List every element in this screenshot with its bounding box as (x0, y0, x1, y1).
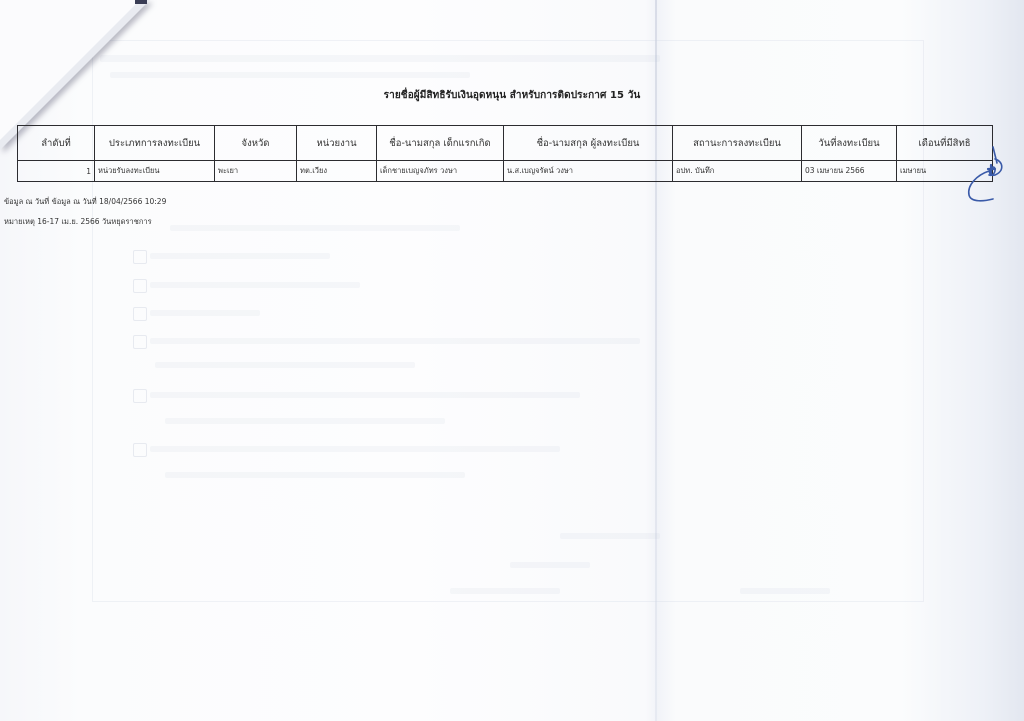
bleed-through-text (150, 446, 560, 452)
bleed-through-text (110, 72, 470, 78)
scan-edge-shadow (135, 0, 147, 4)
cell-order: 1 (18, 161, 95, 182)
bleed-through-text (165, 418, 445, 424)
cell-status: อปท. บันทึก (673, 161, 802, 182)
bleed-through-text (560, 533, 660, 539)
bleed-through-text (165, 472, 465, 478)
bleed-through-checkbox (133, 389, 147, 403)
cell-newborn-name: เด็กชายเบญจภัทร วงษา (377, 161, 504, 182)
holiday-remark-note: หมายเหตุ 16-17 เม.ย. 2566 วันหยุดราชการ (4, 216, 152, 228)
bleed-through-text (150, 310, 260, 316)
table-row: 1 หน่วยรับลงทะเบียน พะเยา ทต.เวียง เด็กช… (18, 161, 993, 182)
bleed-through-text (150, 253, 330, 259)
column-header-order: ลำดับที่ (18, 126, 95, 161)
cell-registration-type: หน่วยรับลงทะเบียน (95, 161, 215, 182)
bleed-through-checkbox (133, 250, 147, 264)
bleed-through-text (150, 282, 360, 288)
column-header-agency: หน่วยงาน (297, 126, 377, 161)
document-title: รายชื่อผู้มีสิทธิรับเงินอุดหนุน สำหรับกา… (0, 88, 1024, 103)
bleed-through-text (450, 588, 560, 594)
bleed-through-text (155, 362, 415, 368)
bleed-through-text (510, 562, 590, 568)
registration-table: ลำดับที่ ประเภทการลงทะเบียน จังหวัด หน่ว… (17, 125, 993, 182)
scanned-document-page: รายชื่อผู้มีสิทธิรับเงินอุดหนุน สำหรับกา… (0, 0, 1024, 721)
column-header-registration-date: วันที่ลงทะเบียน (802, 126, 897, 161)
bleed-through-text (150, 338, 640, 344)
data-as-of-note: ข้อมูล ณ วันที่ ข้อมูล ณ วันที่ 18/04/25… (4, 196, 166, 208)
cell-registrant-name: น.ส.เบญจรัตน์ วงษา (504, 161, 673, 182)
bleed-through-text (740, 588, 830, 594)
column-header-newborn-name: ชื่อ-นามสกุล เด็กแรกเกิด (377, 126, 504, 161)
column-header-registration-type: ประเภทการลงทะเบียน (95, 126, 215, 161)
bleed-through-text (170, 225, 460, 231)
paper-fold-crease (655, 0, 657, 721)
cell-registration-date: 03 เมษายน 2566 (802, 161, 897, 182)
bleed-through-text (100, 55, 660, 62)
bleed-through-checkbox (133, 335, 147, 349)
handwritten-signature-icon (955, 145, 1005, 205)
bleed-through-text (150, 392, 580, 398)
folded-page-corner-face (0, 0, 140, 140)
column-header-registrant-name: ชื่อ-นามสกุล ผู้ลงทะเบียน (504, 126, 673, 161)
bleed-through-checkbox (133, 307, 147, 321)
bleed-through-checkbox (133, 443, 147, 457)
cell-province: พะเยา (215, 161, 297, 182)
column-header-status: สถานะการลงทะเบียน (673, 126, 802, 161)
cell-agency: ทต.เวียง (297, 161, 377, 182)
bleed-through-checkbox (133, 279, 147, 293)
table-header-row: ลำดับที่ ประเภทการลงทะเบียน จังหวัด หน่ว… (18, 126, 993, 161)
column-header-province: จังหวัด (215, 126, 297, 161)
